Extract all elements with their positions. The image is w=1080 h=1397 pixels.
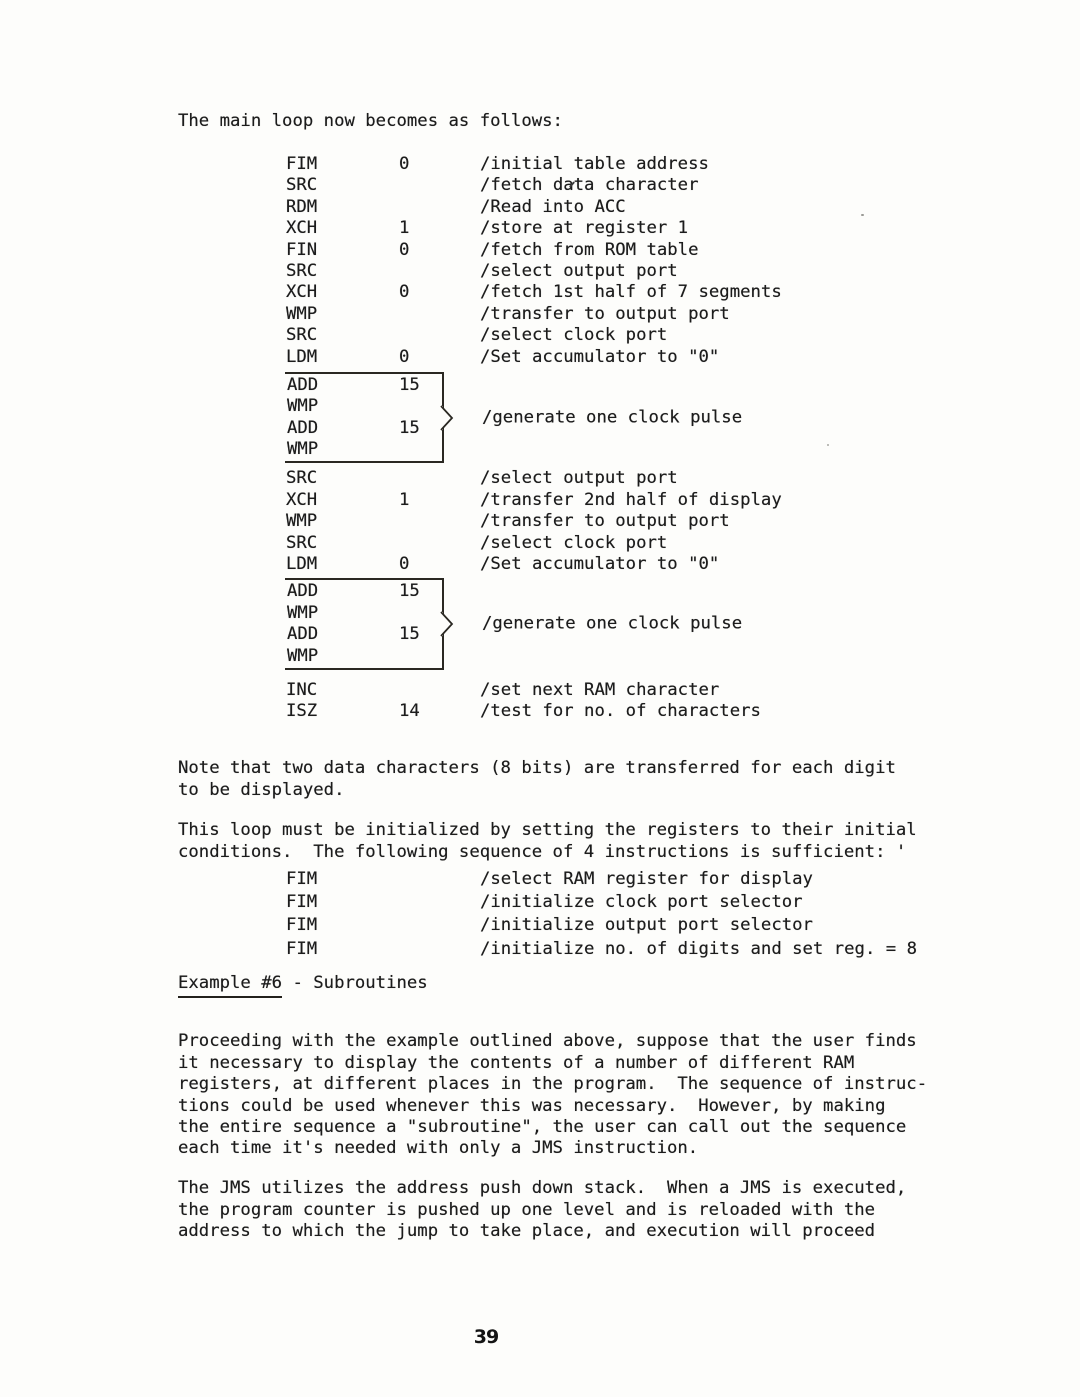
code-listing: FIM0/initial table addressSRC/fetch data… — [0, 154, 1080, 723]
code-row: ISZ14/test for no. of characters — [0, 701, 1080, 722]
operand: 0 — [399, 554, 409, 575]
code-section: SRC/select output portXCH1/transfer 2nd … — [0, 468, 1080, 575]
code-row: FIM/initialize no. of digits and set reg… — [0, 938, 1080, 961]
mnemonic: SRC — [286, 325, 317, 346]
paragraph-note: Note that two data characters (8 bits) a… — [178, 758, 896, 801]
code-row: FIM0/initial table address — [0, 154, 1080, 175]
mnemonic: FIM — [286, 891, 317, 914]
code-row: XCH1/transfer 2nd half of display — [0, 490, 1080, 511]
document-page: The main loop now becomes as follows: FI… — [0, 0, 1080, 1397]
comment: /select clock port — [480, 325, 667, 346]
code-row: SRC/select output port — [0, 468, 1080, 489]
mnemonic: SRC — [286, 175, 317, 196]
mnemonic: XCH — [286, 490, 317, 511]
example-heading-rest: - Subroutines — [282, 973, 428, 993]
page-number: 39 — [466, 1326, 506, 1348]
mnemonic: FIM — [286, 938, 317, 961]
mnemonic: ADD — [287, 375, 318, 396]
comment: /initialize clock port selector — [480, 891, 803, 914]
code-row: LDM0/Set accumulator to "0" — [0, 347, 1080, 368]
operand: 1 — [399, 490, 409, 511]
code-row: ADD15 — [285, 418, 442, 439]
operand: 15 — [399, 375, 420, 396]
code-row: INC/set next RAM character — [0, 680, 1080, 701]
code-row: ADD15 — [285, 624, 442, 645]
comment: /select output port — [480, 468, 678, 489]
init-listing: FIM/select RAM register for displayFIM/i… — [0, 868, 1080, 961]
operand: 15 — [399, 581, 420, 602]
pulse-comment: /generate one clock pulse — [482, 614, 742, 635]
operand: 0 — [399, 282, 409, 303]
mnemonic: WMP — [287, 603, 318, 624]
comment: /Set accumulator to "0" — [480, 347, 719, 368]
code-section: INC/set next RAM characterISZ14/test for… — [0, 680, 1080, 723]
operand: 0 — [399, 347, 409, 368]
mnemonic: INC — [286, 680, 317, 701]
example-heading-underlined: Example #6 — [178, 973, 282, 998]
mnemonic: ADD — [287, 418, 318, 439]
comment: /Read into ACC — [480, 197, 626, 218]
paragraph-jms: The JMS utilizes the address push down s… — [178, 1178, 906, 1242]
mnemonic: SRC — [286, 261, 317, 282]
comment: /Set accumulator to "0" — [480, 554, 719, 575]
mnemonic: XCH — [286, 282, 317, 303]
mnemonic: LDM — [286, 347, 317, 368]
operand: 1 — [399, 218, 409, 239]
intro-line: The main loop now becomes as follows: — [178, 111, 563, 132]
operand: 15 — [399, 418, 420, 439]
code-row: FIM/initialize clock port selector — [0, 891, 1080, 914]
code-row: RDM/Read into ACC — [0, 197, 1080, 218]
comment: /initial table address — [480, 154, 709, 175]
code-row: FIN0/fetch from ROM table — [0, 240, 1080, 261]
mnemonic: FIN — [286, 240, 317, 261]
comment: /initialize output port selector — [480, 914, 813, 937]
mnemonic: ADD — [287, 624, 318, 645]
mnemonic: XCH — [286, 218, 317, 239]
code-row: SRC/select output port — [0, 261, 1080, 282]
code-row: XCH0/fetch 1st half of 7 segments — [0, 282, 1080, 303]
comment: /set next RAM character — [480, 680, 719, 701]
clock-pulse-group: ADD15WMPADD15WMP/generate one clock puls… — [285, 372, 444, 464]
code-row: LDM0/Set accumulator to "0" — [0, 554, 1080, 575]
code-row: XCH1/store at register 1 — [0, 218, 1080, 239]
mnemonic: ISZ — [286, 701, 317, 722]
mnemonic: WMP — [287, 396, 318, 417]
scan-speck — [861, 214, 864, 216]
mnemonic: WMP — [287, 439, 318, 460]
right-brace-icon — [440, 403, 455, 433]
mnemonic: ADD — [287, 581, 318, 602]
mnemonic: WMP — [286, 304, 317, 325]
operand: 0 — [399, 240, 409, 261]
mnemonic: FIM — [286, 154, 317, 175]
code-row: WMP — [285, 396, 442, 417]
paragraph-proceeding: Proceeding with the example outlined abo… — [178, 1031, 927, 1159]
comment: /transfer 2nd half of display — [480, 490, 782, 511]
comment: /select RAM register for display — [480, 868, 813, 891]
code-row: FIM/initialize output port selector — [0, 914, 1080, 937]
mnemonic: WMP — [287, 646, 318, 667]
code-section: FIM0/initial table addressSRC/fetch data… — [0, 154, 1080, 368]
mnemonic: SRC — [286, 468, 317, 489]
code-row: WMP — [285, 603, 442, 624]
operand: 15 — [399, 624, 420, 645]
code-row: ADD15 — [285, 581, 442, 602]
comment: /fetch from ROM table — [480, 240, 699, 261]
pulse-comment: /generate one clock pulse — [482, 407, 742, 428]
mnemonic: FIM — [286, 868, 317, 891]
code-row: SRC/fetch data character — [0, 175, 1080, 196]
comment: /test for no. of characters — [480, 701, 761, 722]
comment: /select output port — [480, 261, 678, 282]
comment: /store at register 1 — [480, 218, 688, 239]
mnemonic: LDM — [286, 554, 317, 575]
scan-speck — [827, 444, 829, 446]
mnemonic: WMP — [286, 511, 317, 532]
comment: /fetch data character — [480, 175, 699, 196]
operand: 14 — [399, 701, 420, 722]
code-row: WMP/transfer to output port — [0, 511, 1080, 532]
code-row: FIM/select RAM register for display — [0, 868, 1080, 891]
operand: 0 — [399, 154, 409, 175]
comment: /fetch 1st half of 7 segments — [480, 282, 782, 303]
comment: /transfer to output port — [480, 304, 730, 325]
mnemonic: FIM — [286, 914, 317, 937]
clock-pulse-group: ADD15WMPADD15WMP/generate one clock puls… — [285, 578, 444, 670]
mnemonic: SRC — [286, 533, 317, 554]
comment: /initialize no. of digits and set reg. =… — [480, 938, 917, 961]
code-row: ADD15 — [285, 375, 442, 396]
paragraph-loop-init: This loop must be initialized by setting… — [178, 820, 917, 863]
code-row: SRC/select clock port — [0, 533, 1080, 554]
comment: /select clock port — [480, 533, 667, 554]
comment: /transfer to output port — [480, 511, 730, 532]
right-brace-icon — [440, 609, 455, 639]
mnemonic: RDM — [286, 197, 317, 218]
example-heading: Example #6 - Subroutines — [178, 973, 428, 998]
code-row: WMP/transfer to output port — [0, 304, 1080, 325]
code-row: WMP — [285, 439, 442, 460]
code-row: WMP — [285, 646, 442, 667]
code-row: SRC/select clock port — [0, 325, 1080, 346]
